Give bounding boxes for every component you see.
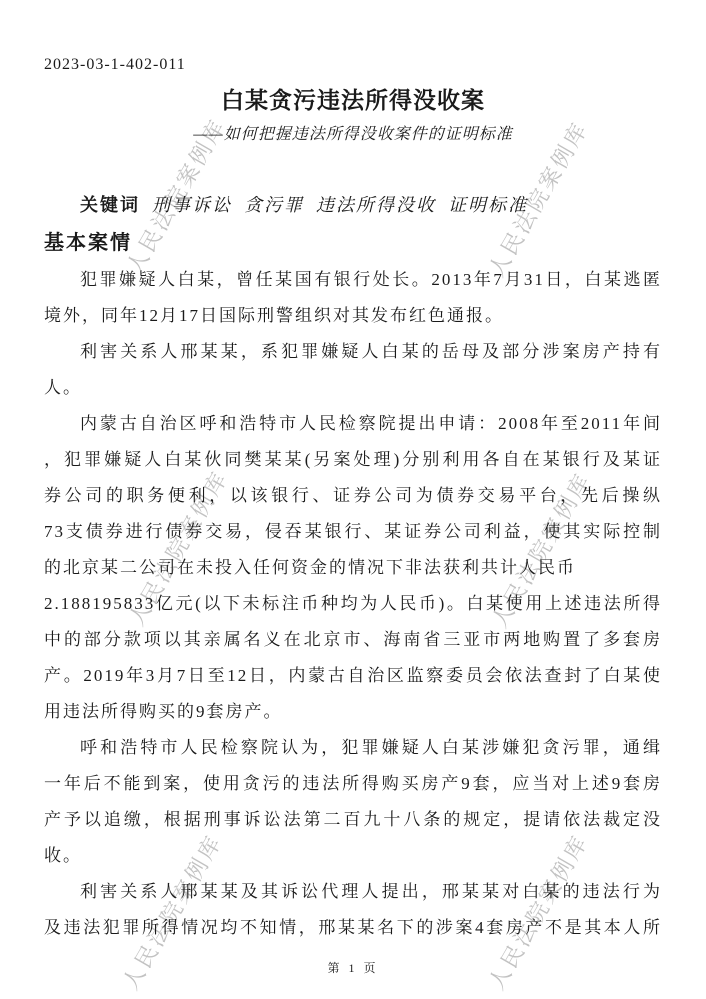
body-paragraph: 呼和浩特市人民检察院认为，犯罪嫌疑人白某涉嫌犯贪污罪，通缉一年后不能到案，使用贪…	[44, 730, 662, 874]
document-page: 人民法院案例库 人民法院案例库 人民法院案例库 人民法院案例库 人民法院案例库 …	[0, 0, 706, 999]
case-title: 白某贪污违法所得没收案	[44, 88, 662, 114]
keyword-term: 贪污罪	[244, 195, 304, 215]
keywords-line: 关键词刑事诉讼贪污罪违法所得没收证明标准	[44, 194, 662, 216]
body-paragraph: 利害关系人邢某某及其诉讼代理人提出，邢某某对白某的违法行为及违法犯罪所得情况均不…	[44, 874, 662, 946]
keyword-terms: 刑事诉讼贪污罪违法所得没收证明标准	[140, 195, 528, 215]
page-number: 第 1 页	[0, 960, 706, 976]
body-line: 人。	[44, 370, 662, 406]
body-line: 的北京某二公司在未投入任何资金的情况下非法获利共计人民币	[44, 550, 662, 586]
keywords-label: 关键词	[80, 195, 140, 215]
body-line: 2.188195833亿元(以下未标注币种均为人民币)。白某使用上述违法所得	[44, 586, 662, 622]
case-body: 犯罪嫌疑人白某，曾任某国有银行处长。2013年7月31日，白某逃匿境外，同年12…	[44, 262, 662, 946]
body-line: 犯罪嫌疑人白某，曾任某国有银行处长。2013年7月31日，白某逃匿	[44, 262, 662, 298]
body-paragraph: 犯罪嫌疑人白某，曾任某国有银行处长。2013年7月31日，白某逃匿境外，同年12…	[44, 262, 662, 334]
section-heading-basic-facts: 基本案情	[44, 231, 662, 255]
body-line: 中的部分款项以其亲属名义在北京市、海南省三亚市两地购置了多套房	[44, 622, 662, 658]
keyword-term: 证明标准	[448, 195, 528, 215]
body-line: 券公司的职务便利，以该银行、证券公司为债券交易平台，先后操纵	[44, 478, 662, 514]
body-line: 用违法所得购买的9套房产。	[44, 694, 662, 730]
body-line: 产。2019年3月7日至12日，内蒙古自治区监察委员会依法查封了白某使	[44, 658, 662, 694]
body-line: 境外，同年12月17日国际刑警组织对其发布红色通报。	[44, 298, 662, 334]
case-number: 2023-03-1-402-011	[44, 54, 662, 76]
body-line: 利害关系人邢某某及其诉讼代理人提出，邢某某对白某的违法行为	[44, 874, 662, 910]
document-content: 2023-03-1-402-011 白某贪污违法所得没收案 ——如何把握违法所得…	[44, 0, 662, 946]
body-line: ，犯罪嫌疑人白某伙同樊某某(另案处理)分别利用各自在某银行及某证	[44, 442, 662, 478]
case-subtitle: ——如何把握违法所得没收案件的证明标准	[44, 124, 662, 146]
body-line: 收。	[44, 838, 662, 874]
body-line: 呼和浩特市人民检察院认为，犯罪嫌疑人白某涉嫌犯贪污罪，通缉	[44, 730, 662, 766]
body-paragraph: 利害关系人邢某某，系犯罪嫌疑人白某的岳母及部分涉案房产持有人。	[44, 334, 662, 406]
body-paragraph: 内蒙古自治区呼和浩特市人民检察院提出申请：2008年至2011年间，犯罪嫌疑人白…	[44, 406, 662, 730]
body-line: 内蒙古自治区呼和浩特市人民检察院提出申请：2008年至2011年间	[44, 406, 662, 442]
keyword-term: 刑事诉讼	[152, 195, 232, 215]
keyword-term: 违法所得没收	[316, 195, 436, 215]
body-line: 一年后不能到案，使用贪污的违法所得购买房产9套，应当对上述9套房	[44, 766, 662, 802]
body-line: 产予以追缴，根据刑事诉讼法第二百九十八条的规定，提请依法裁定没	[44, 802, 662, 838]
body-line: 及违法犯罪所得情况均不知情，邢某某名下的涉案4套房产不是其本人所	[44, 910, 662, 946]
body-line: 73支债券进行债券交易，侵吞某银行、某证券公司利益，使其实际控制	[44, 514, 662, 550]
body-line: 利害关系人邢某某，系犯罪嫌疑人白某的岳母及部分涉案房产持有	[44, 334, 662, 370]
